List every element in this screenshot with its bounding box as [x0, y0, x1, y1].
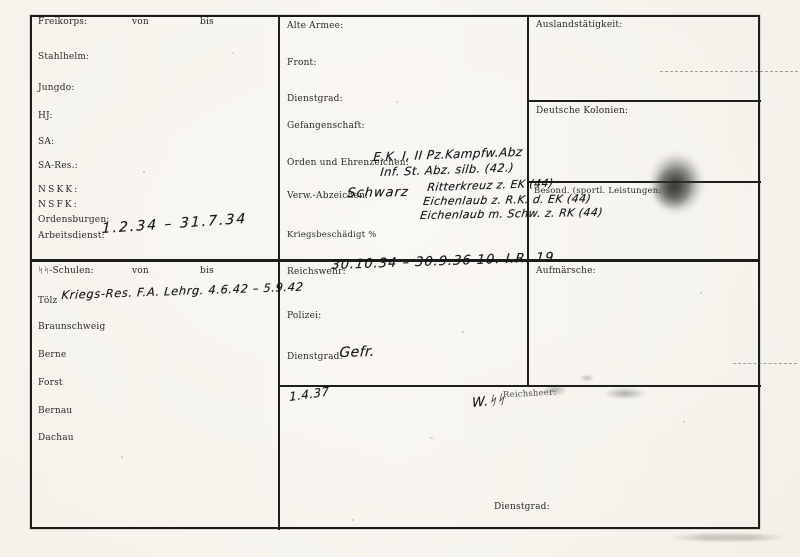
- label-freikorps: Freikorps:: [38, 17, 87, 27]
- label-polizei: Polizei:: [287, 311, 321, 321]
- label-auslandstaetigkeit: Auslandstätigkeit:: [536, 20, 622, 30]
- label-school-toelz: Tölz: [38, 296, 58, 306]
- scanned-form-page: Freikorps: von bis Stahlhelm: Jungdo: HJ…: [0, 0, 800, 557]
- label-gefangenschaft: Gefangenschaft:: [287, 121, 365, 131]
- label-deutsche-kolonien: Deutsche Kolonien:: [536, 106, 628, 116]
- divider-horizontal-lower: [278, 385, 761, 387]
- label-front: Front:: [287, 58, 317, 68]
- label-stahlhelm: Stahlhelm:: [38, 52, 89, 62]
- label-von-2: von: [132, 266, 149, 276]
- ink-smudge-small-3: [580, 374, 594, 382]
- label-arbeitsdienst: Arbeitsdienst:: [38, 231, 105, 241]
- label-dienstgrad-2: Dienstgrad:: [287, 352, 343, 362]
- divider-right-kolonien: [527, 100, 761, 102]
- scan-speck: [352, 519, 354, 521]
- label-aufmaersche: Aufmärsche:: [536, 266, 596, 276]
- ink-smudge-small-2: [598, 386, 652, 401]
- scan-speck: [121, 456, 123, 458]
- label-dienstgrad-bottom: Dienstgrad:: [494, 502, 550, 512]
- label-school-bernau: Bernau: [38, 406, 72, 416]
- scan-speck: [396, 101, 398, 103]
- label-nsfk: NSFK:: [38, 200, 79, 210]
- scan-speck: [757, 479, 759, 481]
- label-alte-armee: Alte Armee:: [287, 21, 343, 31]
- scan-speck: [430, 437, 433, 439]
- label-school-berne: Berne: [38, 350, 66, 360]
- ink-smudge-small-1: [543, 384, 567, 396]
- scan-speck: [143, 171, 145, 173]
- ink-smudge-core: [652, 168, 692, 210]
- label-jungdo: Jungdo:: [38, 83, 75, 93]
- scan-speck: [700, 292, 702, 294]
- label-hj: HJ:: [38, 111, 53, 121]
- scan-streak-bottom: [668, 534, 788, 541]
- scan-speck: [232, 52, 234, 54]
- label-school-forst: Forst: [38, 378, 63, 388]
- label-sa: SA:: [38, 137, 54, 147]
- label-school-dachau: Dachau: [38, 433, 74, 443]
- label-bis: bis: [200, 17, 214, 27]
- label-nskk: NSKK:: [38, 185, 80, 195]
- handwritten-dienstgrad-gefr: Gefr.: [339, 344, 375, 361]
- handwritten-verw-schwarz: Schwarz: [347, 185, 410, 201]
- scan-speck: [462, 331, 464, 333]
- scan-speck: [683, 421, 685, 423]
- label-von: von: [132, 17, 149, 27]
- label-school-braunschweig: Braunschweig: [38, 322, 105, 332]
- label-bis-2: bis: [200, 266, 214, 276]
- label-dienstgrad-1: Dienstgrad:: [287, 94, 343, 104]
- label-ss-schulen: ᛋᛋ-Schulen:: [38, 266, 94, 276]
- label-ordensburgen: Ordensburgen:: [38, 215, 110, 225]
- scan-artifact-dashed-line: [733, 363, 797, 364]
- label-sa-res: SA-Res.:: [38, 161, 78, 171]
- divider-left-middle: [278, 15, 280, 530]
- label-kriegsbeschaedigt: Kriegsbeschädigt %: [287, 230, 377, 240]
- scan-artifact-dashed-line: [660, 71, 798, 72]
